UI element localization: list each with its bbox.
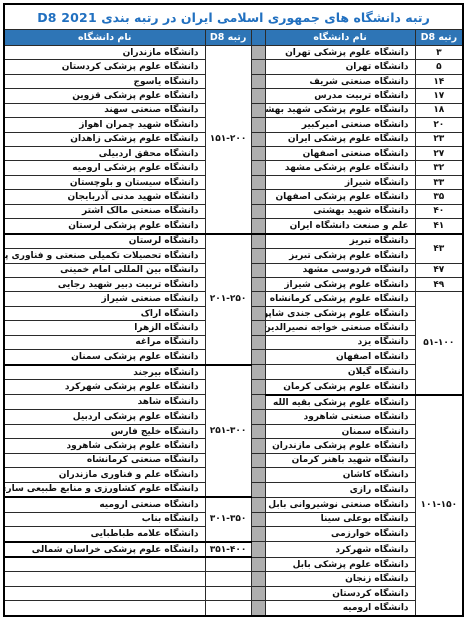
left-university-name-cell: دانشگاه علوم پزشکی کردستان	[4, 60, 205, 74]
right-university-name-cell: دانشگاه صنعتی امیرکبیر	[265, 118, 415, 132]
right-university-name-cell: دانشگاه شیراز	[265, 175, 415, 189]
separator-cell	[251, 60, 265, 74]
right-rank-cell: ۱۸	[415, 103, 463, 117]
separator-cell	[251, 601, 265, 616]
left-rank-cell: ۲۵۱-۳۰۰	[205, 365, 251, 497]
separator-cell	[251, 527, 265, 542]
separator-cell	[251, 118, 265, 132]
left-university-name-cell: دانشگاه علوم پزشکی اردبیل	[4, 410, 205, 424]
right-university-name-cell: دانشگاه صنعتی شاهرود	[265, 410, 415, 424]
right-university-name-cell: دانشگاه اصفهان	[265, 350, 415, 365]
right-university-name-cell: دانشگاه رازی	[265, 482, 415, 497]
separator-cell	[251, 146, 265, 160]
right-university-name-cell: دانشگاه علوم پزشکی بقیه الله	[265, 395, 415, 410]
right-university-name-cell: دانشگاه کردستان	[265, 586, 415, 600]
table-row: دانشگاه شهرکرد۳۵۱-۴۰۰دانشگاه علوم پزشکی …	[4, 542, 463, 558]
left-university-name-cell	[4, 586, 205, 600]
right-university-name-cell: دانشگاه تهران	[265, 60, 415, 74]
left-rank-value: ۲۵۱-۳۰۰	[210, 426, 247, 436]
separator-cell	[251, 424, 265, 438]
right-university-name-cell: دانشگاه علوم پزشکی شیراز	[265, 278, 415, 292]
left-university-name-cell: دانشگاه صنعتی سهند	[4, 103, 205, 117]
right-university-name-cell: دانشگاه علوم پزشکی شهید بهشتی	[265, 103, 415, 117]
right-university-name-cell: دانشگاه علوم پزشکی کرمان	[265, 380, 415, 395]
right-university-name-cell: دانشگاه علوم پزشکی بابل	[265, 557, 415, 571]
left-rank-value: ۳۰۱-۳۵۰	[210, 514, 247, 524]
table-row: دانشگاه ارومیه	[4, 601, 463, 616]
title-row: رتبه دانشگاه های جمهوری اسلامی ایران در …	[4, 4, 463, 30]
separator-cell	[251, 103, 265, 117]
left-university-name-cell: دانشگاه خلیج فارس	[4, 424, 205, 438]
right-rank-cell: ۴۷	[415, 263, 463, 277]
left-rank-cell: ۲۰۱-۲۵۰	[205, 234, 251, 365]
separator-cell	[251, 249, 265, 263]
left-university-name-cell: دانشگاه علوم پزشکی سمنان	[4, 350, 205, 365]
left-university-name-cell: دانشگاه علم و فناوری مازندران	[4, 468, 205, 482]
left-university-name-cell: دانشگاه صنعتی ارومیه	[4, 497, 205, 512]
right-university-name-cell: دانشگاه ارومیه	[265, 601, 415, 616]
left-rank-cell: ۳۵۱-۴۰۰	[205, 542, 251, 558]
left-university-name-cell: دانشگاه علوم پزشکی خراسان شمالی	[4, 542, 205, 558]
separator-cell	[251, 161, 265, 175]
table-row: دانشگاه کردستان	[4, 586, 463, 600]
separator-cell	[251, 306, 265, 320]
left-university-name-cell: دانشگاه علوم پزشکی شهرکرد	[4, 380, 205, 395]
separator-cell	[251, 204, 265, 218]
left-university-name-cell: دانشگاه مراغه	[4, 335, 205, 349]
left-rank-cell	[205, 572, 251, 586]
right-rank-value: ۴۹	[433, 280, 444, 290]
left-university-name-cell	[4, 557, 205, 571]
right-rank-value: ۱۷	[433, 91, 444, 101]
right-rank-cell: ۳۵	[415, 190, 463, 204]
right-university-name-cell: دانشگاه بوعلی سینا	[265, 512, 415, 526]
right-university-name-cell: دانشگاه علوم پزشکی کرمانشاه	[265, 292, 415, 306]
left-university-name-cell: دانشگاه مازندران	[4, 46, 205, 60]
table-row: دانشگاه گیلان۲۵۱-۳۰۰دانشگاه بیرجند	[4, 365, 463, 380]
separator-cell	[251, 453, 265, 467]
left-rank-value: ۲۰۱-۲۵۰	[210, 294, 247, 304]
right-rank-cell: ۱۰۱-۱۵۰	[415, 395, 463, 616]
right-rank-value: ۱۴	[433, 77, 444, 87]
separator-cell	[251, 468, 265, 482]
right-rank-cell: ۳	[415, 46, 463, 60]
left-rank-cell	[205, 601, 251, 616]
right-university-name-cell: دانشگاه صنعتی شریف	[265, 74, 415, 88]
right-university-name-cell: دانشگاه علوم پزشکی ایران	[265, 132, 415, 146]
left-rank-cell: ۳۰۱-۳۵۰	[205, 497, 251, 542]
separator-cell	[251, 395, 265, 410]
left-university-name-cell: دانشگاه علامه طباطبایی	[4, 527, 205, 542]
left-rank-cell	[205, 557, 251, 571]
left-university-name-cell: دانشگاه تحصیلات تکمیلی صنعتی و فناوری پی…	[4, 249, 205, 263]
right-rank-value: ۱۸	[433, 105, 444, 115]
right-university-name-cell: دانشگاه صنعتی نوشیروانی بابل	[265, 497, 415, 512]
left-university-name-cell: دانشگاه علوم کشاورزی و منابع طبیعی ساری	[4, 482, 205, 497]
left-university-name-cell: دانشگاه علوم پزشکی قزوین	[4, 89, 205, 103]
right-rank-value: ۵	[436, 62, 442, 72]
left-university-name-cell: دانشگاه صنعتی شیراز	[4, 292, 205, 306]
separator-cell	[251, 482, 265, 497]
separator-cell	[251, 278, 265, 292]
left-university-name-cell: دانشگاه اراک	[4, 306, 205, 320]
right-rank-cell: ۵۱-۱۰۰	[415, 292, 463, 395]
separator-cell	[251, 89, 265, 103]
table-row: ۴۳دانشگاه تبریز۲۰۱-۲۵۰دانشگاه لرستان	[4, 234, 463, 249]
right-university-name-cell: دانشگاه علوم پزشکی تهران	[265, 46, 415, 60]
separator-cell	[251, 132, 265, 146]
right-university-name-cell: دانشگاه زنجان	[265, 572, 415, 586]
separator-cell	[251, 46, 265, 60]
right-university-name-cell: دانشگاه علوم پزشکی جندی شاپور اهواز	[265, 306, 415, 320]
right-university-name-cell: دانشگاه فردوسی مشهد	[265, 263, 415, 277]
right-university-name-cell: دانشگاه کاشان	[265, 468, 415, 482]
left-university-name-cell: دانشگاه الزهرا	[4, 321, 205, 335]
left-university-name-cell: دانشگاه بین المللی امام خمینی	[4, 263, 205, 277]
right-university-name-cell: دانشگاه علوم پزشکی تبریز	[265, 249, 415, 263]
left-rank-cell	[205, 586, 251, 600]
separator-cell	[251, 497, 265, 512]
left-university-name-cell: دانشگاه علوم پزشکی شاهرود	[4, 439, 205, 453]
left-university-name-cell: دانشگاه لرستان	[4, 234, 205, 249]
separator-cell	[251, 219, 265, 234]
table-row: دانشگاه صنعتی نوشیروانی بابل۳۰۱-۳۵۰دانشگ…	[4, 497, 463, 512]
left-university-name-cell: دانشگاه علوم پزشکی لرستان	[4, 219, 205, 234]
right-university-name-cell: دانشگاه تبریز	[265, 234, 415, 249]
separator-cell	[251, 439, 265, 453]
right-university-name-cell: دانشگاه علوم پزشکی مشهد	[265, 161, 415, 175]
separator-cell	[251, 175, 265, 189]
separator-cell	[251, 234, 265, 249]
ranking-table: رتبه دانشگاه های جمهوری اسلامی ایران در …	[3, 3, 464, 617]
right-university-name-cell: دانشگاه شهرکرد	[265, 542, 415, 558]
right-rank-header: رتبه D8	[415, 30, 463, 46]
separator-cell	[251, 190, 265, 204]
left-rank-value: ۳۵۱-۴۰۰	[210, 545, 247, 555]
right-rank-cell: ۲۷	[415, 146, 463, 160]
separator-cell	[251, 542, 265, 558]
right-rank-cell: ۳۳	[415, 175, 463, 189]
right-rank-cell: ۲۳	[415, 132, 463, 146]
ranking-page: رتبه دانشگاه های جمهوری اسلامی ایران در …	[0, 0, 465, 620]
separator-cell	[251, 74, 265, 88]
right-university-name-cell: دانشگاه خوارزمی	[265, 527, 415, 542]
right-rank-value: ۴۷	[433, 265, 444, 275]
separator-cell	[251, 512, 265, 526]
separator-cell	[251, 263, 265, 277]
right-university-name-cell: دانشگاه تربیت مدرس	[265, 89, 415, 103]
left-rank-header: رتبه D8	[205, 30, 251, 46]
left-university-name-cell: دانشگاه شاهد	[4, 395, 205, 410]
right-rank-cell: ۴۱	[415, 219, 463, 234]
left-university-name-cell: دانشگاه بناب	[4, 512, 205, 526]
left-university-name-cell: دانشگاه شهید مدنی آذربایجان	[4, 190, 205, 204]
left-university-name-cell	[4, 601, 205, 616]
right-university-name-cell: دانشگاه یزد	[265, 335, 415, 349]
separator-cell	[251, 557, 265, 571]
right-rank-value: ۴۳	[433, 244, 444, 254]
left-university-name-cell: دانشگاه علوم پزشکی زاهدان	[4, 132, 205, 146]
right-rank-value: ۲۳	[433, 134, 444, 144]
table-row: دانشگاه علوم پزشکی بابل	[4, 557, 463, 571]
right-university-name-cell: دانشگاه علوم پزشکی اصفهان	[265, 190, 415, 204]
right-rank-cell: ۴۰	[415, 204, 463, 218]
left-university-name-cell: دانشگاه صنعتی کرمانشاه	[4, 453, 205, 467]
table-row: ۳دانشگاه علوم پزشکی تهران۱۵۱-۲۰۰دانشگاه …	[4, 46, 463, 60]
right-rank-value: ۳۵	[433, 192, 444, 202]
right-university-name-cell: دانشگاه علوم پزشکی مازندران	[265, 439, 415, 453]
separator-header	[251, 30, 265, 46]
separator-cell	[251, 335, 265, 349]
separator-cell	[251, 350, 265, 365]
left-rank-cell: ۱۵۱-۲۰۰	[205, 46, 251, 234]
right-university-name-cell: دانشگاه صنعتی اصفهان	[265, 146, 415, 160]
left-university-name-cell: دانشگاه یاسوج	[4, 74, 205, 88]
right-university-name-cell: دانشگاه گیلان	[265, 365, 415, 380]
right-university-name-cell: دانشگاه شهید بهشتی	[265, 204, 415, 218]
right-rank-value: ۳۲	[433, 163, 444, 173]
header-row: رتبه D8 نام دانشگاه رتبه D8 نام دانشگاه	[4, 30, 463, 46]
right-university-name-cell: دانشگاه سمنان	[265, 424, 415, 438]
page-title: رتبه دانشگاه های جمهوری اسلامی ایران در …	[4, 4, 463, 30]
right-rank-value: ۵۱-۱۰۰	[423, 338, 454, 348]
left-university-name-cell: دانشگاه علوم پزشکی ارومیه	[4, 161, 205, 175]
left-name-header: نام دانشگاه	[4, 30, 205, 46]
right-rank-cell: ۴۳	[415, 234, 463, 264]
left-university-name-cell: دانشگاه سیستان و بلوچستان	[4, 175, 205, 189]
right-rank-value: ۳	[436, 48, 442, 58]
right-university-name-cell: علم و صنعت دانشگاه ایران	[265, 219, 415, 234]
left-university-name-cell	[4, 572, 205, 586]
right-rank-cell: ۴۹	[415, 278, 463, 292]
right-rank-cell: ۵	[415, 60, 463, 74]
separator-cell	[251, 410, 265, 424]
right-rank-value: ۴۰	[433, 206, 444, 216]
right-university-name-cell: دانشگاه شهید باهنر کرمان	[265, 453, 415, 467]
separator-cell	[251, 365, 265, 380]
right-rank-value: ۱۰۱-۱۵۰	[420, 500, 457, 510]
left-university-name-cell: دانشگاه محقق اردبیلی	[4, 146, 205, 160]
right-university-name-cell: دانشگاه صنعتی خواجه نصیرالدین طوسی	[265, 321, 415, 335]
separator-cell	[251, 292, 265, 306]
right-rank-value: ۲۷	[433, 149, 444, 159]
table-row: دانشگاه زنجان	[4, 572, 463, 586]
left-university-name-cell: دانشگاه تربیت دبیر شهید رجایی	[4, 278, 205, 292]
right-rank-cell: ۱۷	[415, 89, 463, 103]
right-rank-cell: ۱۴	[415, 74, 463, 88]
right-name-header: نام دانشگاه	[265, 30, 415, 46]
left-university-name-cell: دانشگاه بیرجند	[4, 365, 205, 380]
right-rank-value: ۴۱	[433, 221, 444, 231]
separator-cell	[251, 572, 265, 586]
left-university-name-cell: دانشگاه شهید چمران اهواز	[4, 118, 205, 132]
left-rank-value: ۱۵۱-۲۰۰	[210, 134, 247, 144]
right-rank-value: ۳۳	[433, 178, 444, 188]
separator-cell	[251, 586, 265, 600]
separator-cell	[251, 321, 265, 335]
right-rank-value: ۲۰	[433, 120, 444, 130]
left-university-name-cell: دانشگاه صنعتی مالک اشتر	[4, 204, 205, 218]
right-rank-cell: ۲۰	[415, 118, 463, 132]
separator-cell	[251, 380, 265, 395]
right-rank-cell: ۳۲	[415, 161, 463, 175]
